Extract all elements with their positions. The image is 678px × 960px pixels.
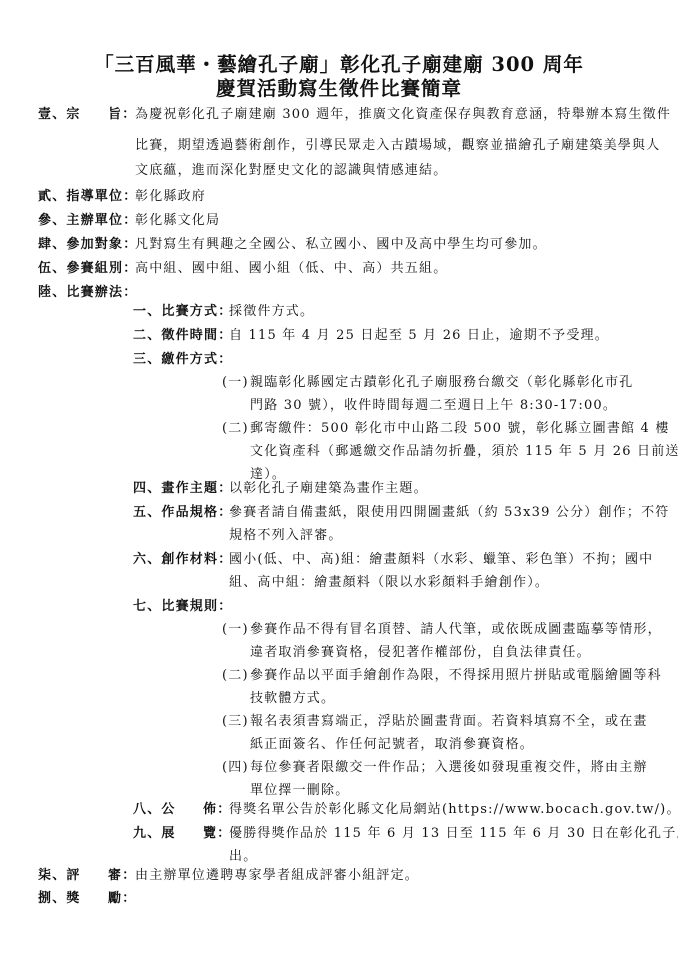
item-6-line-1: 國小(低、中、高)組：繪畫顏料（水彩、蠟筆、彩色筆）不拘；國中: [229, 552, 653, 568]
item-7-sub-3-line-1: 報名表須書寫端正，浮貼於圖畫背面。若資料填寫不全，或在畫: [250, 714, 648, 730]
item-7-sub-2-line-2: 技軟體方式。: [250, 691, 335, 707]
item-9-number: 九、展: [133, 826, 176, 842]
section-6-label: 陸、比賽辦法：: [38, 285, 137, 301]
item-5-line-1: 參賽者請自備畫紙，限使用四開圖畫紙（約 53x39 公分）創作；不符: [229, 505, 669, 521]
item-1-text: 採徵件方式。: [229, 304, 314, 320]
item-7-sub-3-line-2: 紙正面簽名、作任何記號者，取消參賽資格。: [250, 737, 534, 753]
item-4-text: 以彰化孔子廟建築為畫作主題。: [229, 481, 428, 497]
item-3-sub-2-mark: (二): [222, 421, 249, 437]
document-title-line-2: 慶賀活動寫生徵件比賽簡章: [0, 77, 678, 101]
item-7-sub-4-line-2: 單位擇一刪除。: [250, 783, 349, 799]
section-7-text: 由主辦單位遴聘專家學者組成評審小組評定。: [135, 868, 419, 884]
section-3-label: 參、主辦單位：: [38, 213, 137, 229]
item-8-text: 得獎名單公告於彰化縣文化局網站(https://www.bocach.gov.t…: [229, 802, 678, 818]
section-2-text: 彰化縣政府: [135, 189, 206, 205]
item-7-sub-2-mark: (二): [222, 668, 249, 684]
item-1-label: 一、比賽方式：: [133, 304, 232, 320]
item-5-label: 五、作品規格：: [133, 505, 232, 521]
item-2-label: 二、徵件時間：: [133, 328, 232, 344]
item-2-text: 自 115 年 4 月 25 日起至 5 月 26 日止，逾期不予受理。: [229, 328, 609, 344]
section-1-text-line-1: 為慶祝彰化孔子廟建廟 300 週年，推廣文化資產保存與教育意涵，特舉辦本寫生徵件: [135, 107, 671, 123]
item-3-sub-1-line-2: 門路 30 號），收件時間每週二至週日上午 8:30-17:00。: [250, 398, 617, 414]
section-4-text: 凡對寫生有興趣之全國公、私立國小、國中及高中學生均可參加。: [135, 237, 547, 253]
section-5-text: 高中組、國中組、國小組（低、中、高）共五組。: [135, 261, 447, 277]
item-7-sub-1-mark: (一): [222, 622, 249, 638]
item-8-label-tail: 佈：: [203, 802, 231, 818]
item-3-sub-1-mark: (一): [222, 375, 249, 391]
item-9-label-tail: 覽：: [203, 826, 231, 842]
item-9-line-1: 優勝得獎作品於 115 年 6 月 13 日至 115 年 6 月 30 日在彰…: [229, 826, 678, 842]
section-1-label-tail: 旨：: [108, 107, 136, 123]
section-3-text: 彰化縣文化局: [135, 213, 220, 229]
section-7-label-tail: 審：: [108, 868, 136, 884]
document-title-line-1: 「三百風華・藝繪孔子廟」彰化孔子廟建廟 300 周年: [0, 53, 678, 77]
item-3-sub-1-line-1: 親臨彰化縣國定古蹟彰化孔子廟服務台繳交（彰化縣彰化市孔: [250, 375, 633, 391]
section-2-label: 貳、指導單位：: [38, 189, 137, 205]
section-1-number: 壹、宗: [38, 107, 81, 123]
section-1-text-line-3: 文底蘊，進而深化對歷史文化的認識與情感連結。: [135, 163, 447, 179]
item-6-line-2: 組、高中組：繪畫顏料（限以水彩顏料手繪創作）。: [229, 575, 549, 591]
item-7-sub-4-line-1: 每位參賽者限繳交一件作品；入選後如發現重複交件，將由主辦: [250, 760, 648, 776]
item-7-sub-4-mark: (四): [222, 760, 249, 776]
item-7-sub-1-line-1: 參賽作品不得有冒名頂替、請人代筆，或依既成圖畫臨摹等情形，: [250, 622, 662, 638]
item-3-label: 三、繳件方式：: [133, 352, 232, 368]
item-7-sub-2-line-1: 參賽作品以平面手繪創作為限，不得採用照片拼貼或電腦繪圖等科: [250, 668, 662, 684]
item-9-line-2: 出。: [229, 849, 257, 865]
item-6-label: 六、創作材料：: [133, 552, 232, 568]
item-3-sub-2-line-2: 文化資產科（郵遞繳交作品請勿折疊，須於 115 年 5 月 26 日前送: [250, 444, 678, 460]
item-8-number: 八、公: [133, 802, 176, 818]
item-5-line-2: 規格不列入評審。: [229, 528, 343, 544]
item-3-sub-2-line-1: 郵寄繳件：500 彰化市中山路二段 500 號，彰化縣立圖書館 4 樓: [250, 421, 670, 437]
section-8-number: 捌、獎: [38, 891, 81, 907]
item-4-label: 四、畫作主題：: [133, 481, 232, 497]
section-8-label-tail: 勵：: [108, 891, 136, 907]
section-7-number: 柒、評: [38, 868, 81, 884]
section-4-label: 肆、參加對象：: [38, 237, 137, 253]
section-5-label: 伍、參賽組別：: [38, 261, 137, 277]
item-7-sub-3-mark: (三): [222, 714, 249, 730]
item-7-label: 七、比賽規則：: [133, 599, 232, 615]
item-7-sub-1-line-2: 違者取消參賽資格，侵犯著作權部份，自負法律責任。: [250, 645, 591, 661]
section-1-text-line-2: 比賽，期望透過藝術創作，引導民眾走入古蹟場域，觀察並描繪孔子廟建築美學與人: [135, 138, 660, 154]
